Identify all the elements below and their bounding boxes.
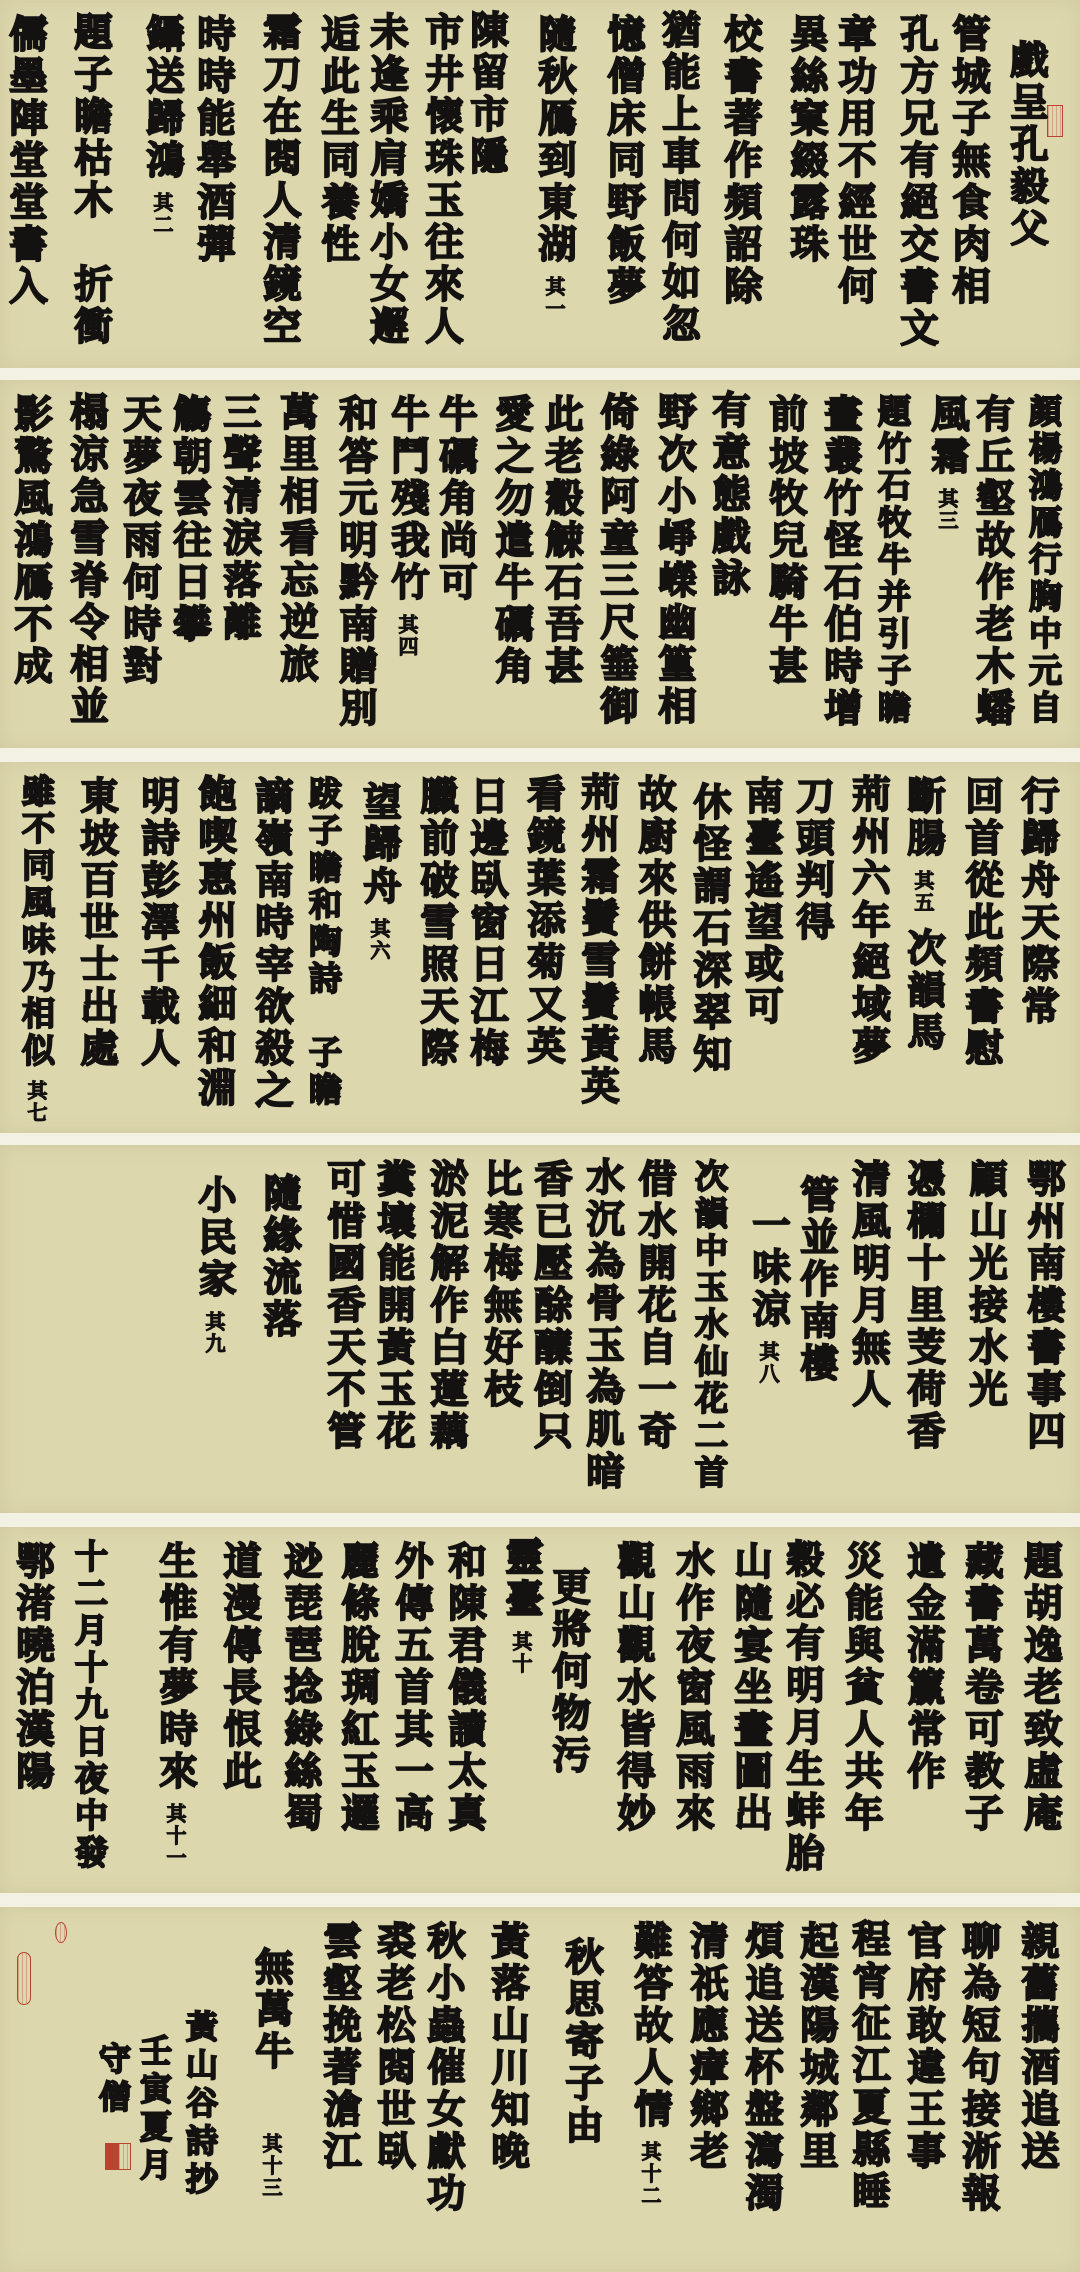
- column-text: 淤泥解作白蓮藕: [424, 1159, 468, 1453]
- column-text: 觀山觀水皆得妙: [611, 1541, 655, 1835]
- text-column: 可惜國香天不管: [318, 1159, 368, 1453]
- column-text: 牛礪角尚可: [433, 394, 477, 604]
- text-column: 風霜其三: [922, 394, 972, 532]
- column-text: 水作夜窗風雨來: [670, 1541, 714, 1835]
- column-text: 一味涼: [746, 1205, 790, 1331]
- text-column: 穀必有明月生蚌胎: [777, 1539, 827, 1875]
- column-text: 看鏡葉添菊又英: [521, 774, 565, 1068]
- column-text: 逤琵琶捻綠絲蜀: [278, 1541, 322, 1835]
- text-column: 章功用不經世何: [829, 14, 879, 308]
- text-column: 明詩彭澤千載人: [132, 776, 182, 1070]
- scroll-panel-4: 鄂州南樓書事四 顧山光接水光 憑欄十里芰荷香 清風明月無人 管並作南樓 一味涼其…: [0, 1145, 1080, 1513]
- text-column: 日邊臥窗日江梅: [461, 776, 511, 1070]
- column-text: 秋小蟲催女獻功: [421, 1921, 465, 2215]
- scroll-panel-6: 親舊攜酒追送 聊為短句接淅報 官府敢違王事 程宵征江夏縣睡 起漢陽城鄰里 煩追送…: [0, 1907, 1080, 2272]
- poem-number: 其九: [202, 1311, 226, 1355]
- column-text: 異絲窠綴露珠: [784, 14, 828, 266]
- column-text: 程宵征江夏縣睡: [846, 1919, 890, 2213]
- text-column: 道漫傳長恨此: [214, 1541, 264, 1793]
- column-text: 藏書萬卷可教子: [959, 1541, 1003, 1835]
- column-text: 憶僧床同野飯夢: [601, 14, 645, 308]
- text-column: 水作夜窗風雨來: [667, 1541, 717, 1835]
- text-column: 無萬牛其十三: [246, 1947, 296, 2199]
- text-column: 野次小崢嶸幽篁相: [649, 392, 699, 728]
- column-text: 謫嶺南時宰欲殺之: [249, 776, 293, 1112]
- column-text: 麗條脫琱紅玉邏: [335, 1541, 379, 1835]
- scroll-panel-2: 顏楊鴻鴈行胸中元自 有丘壑故作老木蟠 風霜其三 題竹石牧牛并引子瞻 畫叢竹怪石伯…: [0, 380, 1080, 748]
- poem-title: 十二月十九日夜中發: [70, 1539, 109, 1872]
- column-text: 遺金滿籯常作: [901, 1541, 945, 1793]
- column-text: 災能與貧人共年: [839, 1541, 883, 1835]
- column-text: 生惟有夢時來: [153, 1541, 197, 1793]
- column-text: 時時能舉酒彈: [191, 14, 235, 266]
- column-text: 刀頭判得: [790, 776, 834, 944]
- text-column: 觀山觀水皆得妙: [608, 1541, 658, 1835]
- text-column: 此老觳觫石吾甚: [536, 394, 586, 688]
- column-text: 外傳五首其一高: [389, 1541, 433, 1835]
- column-text: 飽喫惠州飯細和淵: [192, 774, 236, 1110]
- column-text: 借水開花自一奇: [632, 1159, 676, 1453]
- column-text: 題子瞻枯木 折衝: [68, 12, 112, 348]
- column-text: 臘前破雪照天際: [414, 776, 458, 1070]
- poem-title: 陳留市隱: [464, 10, 508, 178]
- text-column: 災能與貧人共年: [836, 1541, 886, 1835]
- poem-title: 題胡逸老致虛庵: [1018, 1541, 1062, 1835]
- text-column: 香已壓酴醾倒只: [525, 1159, 575, 1453]
- text-column: 看鏡葉添菊又英: [518, 774, 568, 1068]
- text-column: 清祇應瘴鄉老: [681, 1921, 731, 2173]
- column-text: 畫叢竹怪石伯時增: [818, 394, 862, 730]
- column-text: 鑷送歸鴻: [140, 14, 184, 182]
- text-column: 回首從此頻書慰: [956, 776, 1006, 1070]
- column-text: 故廚來供餅帳馬: [632, 774, 676, 1068]
- text-column: 借水開花自一奇: [629, 1159, 679, 1453]
- text-column: 前坡牧兒騎牛甚: [760, 394, 810, 688]
- text-column: 有意態戲詠: [703, 390, 753, 600]
- text-column: 斷腸其五次韻馬: [898, 776, 948, 1054]
- poem-title: 題竹石牧牛并引子瞻: [873, 394, 912, 727]
- text-column: 未逢乘肩嬌小女邂: [361, 12, 411, 348]
- text-column: 影驚風鴻鴈不成: [5, 394, 55, 688]
- column-text: 休怪謂石深翠知: [687, 782, 731, 1076]
- text-column: 隨緣流落: [254, 1173, 304, 1341]
- text-column: 時時能舉酒彈: [188, 14, 238, 266]
- text-column: 隨秋鴈到東湖其一: [529, 14, 579, 320]
- column-text: 管並作南樓: [794, 1175, 838, 1385]
- text-column: 聊為短句接淅報: [953, 1921, 1003, 2215]
- column-text: 有丘壑故作老木蟠: [970, 394, 1014, 730]
- text-column: 陳留市隱: [461, 10, 511, 178]
- text-column: 畫叢竹怪石伯時增: [815, 394, 865, 730]
- column-text: 野次小崢嶸幽篁相: [652, 392, 696, 728]
- column-text: 校書著作頻詔除: [718, 14, 762, 308]
- colophon-title: 黃山谷詩抄: [178, 2010, 222, 2200]
- column-text: 觴朝雲往日攀: [167, 394, 211, 646]
- column-text: 影驚風鴻鴈不成: [8, 394, 52, 688]
- text-column: 行歸舟天際常: [1012, 776, 1062, 1028]
- text-column: 顧山光接水光: [960, 1159, 1010, 1411]
- colophon-title-text: 黃山谷詩抄: [181, 2010, 219, 2200]
- column-text: 小民家: [192, 1175, 236, 1301]
- poem-title: 戲呈孔毅父: [1004, 40, 1048, 250]
- poem-number: 其八: [756, 1341, 780, 1385]
- artist-signature-text: 守僧: [94, 2042, 132, 2118]
- column-text: 孔方兄有絕交書文: [894, 14, 938, 350]
- poem-number: 其十一: [163, 1803, 187, 1869]
- column-text: 愛之勿遣牛礪角: [489, 394, 533, 688]
- text-column: 淤泥解作白蓮藕: [421, 1159, 471, 1453]
- column-text: 道漫傳長恨此: [217, 1541, 261, 1793]
- text-column: 十二月十九日夜中發: [64, 1539, 114, 1872]
- seal-stamp: [55, 1922, 67, 1943]
- column-text: 雖不同風味乃相似: [17, 774, 56, 1070]
- text-column: 萬里相看忘逆旅: [271, 392, 321, 686]
- text-column: 有丘壑故作老木蟠: [967, 394, 1017, 730]
- text-column: 次韻中玉水仙花二首: [684, 1159, 734, 1492]
- poem-title: 鄂渚曉泊漢陽: [10, 1541, 54, 1793]
- column-text: 風霜: [925, 394, 969, 478]
- poem-title: 跋子瞻和陶詩 子瞻: [304, 776, 343, 1109]
- text-column: 一味涼其八: [743, 1205, 793, 1385]
- text-column: 故廚來供餅帳馬: [629, 774, 679, 1068]
- column-text: 香已壓酴醾倒只: [528, 1159, 572, 1453]
- text-column: 顏楊鴻鴈行胸中元自: [1018, 394, 1068, 727]
- column-text: 日邊臥窗日江梅: [464, 776, 508, 1070]
- text-column: 刀頭判得: [787, 776, 837, 944]
- poem-title: 次韻中玉水仙花二首: [690, 1159, 729, 1492]
- text-column: 猶能上車問何如忽: [653, 10, 703, 346]
- column-text: 起漢陽城鄰里: [794, 1921, 838, 2173]
- colophon-date: 壬寅夏月: [132, 2034, 176, 2186]
- text-column: 憶僧床同野飯夢: [598, 14, 648, 308]
- text-column: 裘老松閱世臥: [368, 1921, 418, 2173]
- column-text: 榻涼急雪脊令相並: [64, 392, 108, 728]
- text-column: 起漢陽城鄰里: [791, 1921, 841, 2173]
- column-text: 煩追送杯盤瀉濁: [739, 1921, 783, 2215]
- text-column: 管並作南樓: [791, 1175, 841, 1385]
- column-text: 明詩彭澤千載人: [135, 776, 179, 1070]
- text-column: 荊州六年絕域夢: [843, 774, 893, 1068]
- column-text: 霜刀在閱人清鏡空: [257, 12, 301, 348]
- text-column: 題胡逸老致虛庵: [1015, 1541, 1065, 1835]
- column-text: 東坡百世士出處: [74, 776, 118, 1070]
- poem-title: 和陳君儀讀太真: [442, 1541, 486, 1835]
- text-column: 雲壑挽著滄江: [314, 1921, 364, 2173]
- text-column: 山隨宴坐畫圖出: [725, 1541, 775, 1835]
- text-column: 小民家其九: [189, 1175, 239, 1355]
- seal-stamp: [105, 2143, 118, 2170]
- text-column: 親舊攜酒追送: [1012, 1921, 1062, 2173]
- column-text: 章功用不經世何: [832, 14, 876, 308]
- column-text: 清祇應瘴鄉老: [684, 1921, 728, 2173]
- text-column: 比寒梅無好枝: [475, 1159, 525, 1411]
- column-text: 猶能上車問何如忽: [656, 10, 700, 346]
- text-column: 儒墨陣堂堂書入: [0, 14, 50, 308]
- column-text: 黃落山川知晚: [485, 1921, 529, 2173]
- column-text: 三聲清淚落離: [217, 392, 261, 644]
- column-text: 未逢乘肩嬌小女邂: [364, 12, 408, 348]
- text-column: 黃落山川知晚: [482, 1921, 532, 2173]
- column-text: 斷腸: [901, 776, 945, 860]
- column-text: 隨秋鴈到東湖: [532, 14, 576, 266]
- poem-title: 次韻馬: [901, 928, 945, 1054]
- column-text: 穀必有明月生蚌胎: [780, 1539, 824, 1875]
- column-text: 水沉為骨玉為肌暗: [580, 1157, 624, 1493]
- text-column: 憑欄十里芰荷香: [898, 1159, 948, 1453]
- column-text: 管城子無食肉相: [946, 14, 990, 308]
- text-column: 天夢夜雨何時對: [114, 394, 164, 688]
- poem-title: 和答元明黔南贈別: [333, 394, 377, 730]
- column-text: 難答故人情: [628, 1921, 672, 2131]
- text-column: 秋小蟲催女獻功: [418, 1921, 468, 2215]
- poem-title: 親舊攜酒追送: [1015, 1921, 1059, 2173]
- colophon-date-text: 壬寅夏月: [135, 2034, 173, 2186]
- text-column: 麗條脫琱紅玉邏: [332, 1541, 382, 1835]
- poem-number: 其三: [935, 488, 959, 532]
- text-column: 孔方兄有絕交書文: [891, 14, 941, 350]
- column-text: 荊州霜鬢雪鬢黃英: [575, 772, 619, 1108]
- column-text: 比寒梅無好枝: [478, 1159, 522, 1411]
- column-text: 逅此生同養性: [315, 14, 359, 266]
- text-column: 望歸舟其六: [354, 782, 404, 962]
- text-column: 更將何物污: [543, 1567, 593, 1777]
- scroll-panel-3: 行歸舟天際常 回首從此頻書慰 斷腸其五次韻馬 荊州六年絕域夢 刀頭判得 南臺遙望…: [0, 762, 1080, 1133]
- text-column: 程宵征江夏縣睡: [843, 1919, 893, 2213]
- poem-number: 其十三: [259, 2133, 283, 2199]
- text-column: 水沉為骨玉為肌暗: [577, 1157, 627, 1493]
- text-column: 休怪謂石深翠知: [684, 782, 734, 1076]
- text-column: 藏書萬卷可教子: [956, 1541, 1006, 1835]
- text-column: 榻涼急雪脊令相並: [61, 392, 111, 728]
- text-column: 鄂渚曉泊漢陽: [7, 1541, 57, 1793]
- column-text: 顧山光接水光: [963, 1159, 1007, 1411]
- poem-number: 其四: [395, 614, 419, 658]
- text-column: 和答元明黔南贈別: [330, 394, 380, 730]
- text-column: 飽喫惠州飯細和淵: [189, 774, 239, 1110]
- text-column: 生惟有夢時來其十一: [150, 1541, 200, 1869]
- poem-number: 其五: [911, 870, 935, 914]
- column-text: 市井懷珠玉往來人: [419, 12, 463, 348]
- column-text: 聊為短句接淅報: [956, 1921, 1000, 2215]
- column-text: 荊州六年絕域夢: [846, 774, 890, 1068]
- text-column: 難答故人情其十二: [625, 1921, 675, 2207]
- text-column: 東坡百世士出處: [71, 776, 121, 1070]
- text-column: 雖不同風味乃相似其七: [11, 774, 61, 1124]
- column-text: 前坡牧兒騎牛甚: [763, 394, 807, 688]
- text-column: 清風明月無人: [843, 1159, 893, 1411]
- text-column: 觴朝雲往日攀: [164, 394, 214, 646]
- poem-number: 其十: [509, 1631, 533, 1675]
- column-text: 牛鬥殘我竹: [385, 394, 429, 604]
- column-text: 萬里相看忘逆旅: [274, 392, 318, 686]
- column-text: 有意態戲詠: [706, 390, 750, 600]
- column-text: 裘老松閱世臥: [371, 1921, 415, 2173]
- column-text: 回首從此頻書慰: [959, 776, 1003, 1070]
- column-text: 此老觳觫石吾甚: [539, 394, 583, 688]
- text-column: 校書著作頻詔除: [715, 14, 765, 308]
- scroll-panel-5: 題胡逸老致虛庵 藏書萬卷可教子 遺金滿籯常作 災能與貧人共年 穀必有明月生蚌胎 …: [0, 1527, 1080, 1893]
- text-column: 靈臺其十: [496, 1537, 546, 1675]
- column-text: 望歸舟: [357, 782, 401, 908]
- text-column: 倚綠阿童三尺箠御: [591, 392, 641, 728]
- column-text: 顏楊鴻鴈行胸中元自: [1024, 394, 1063, 727]
- text-column: 題竹石牧牛并引子瞻: [867, 394, 917, 727]
- column-text: 天夢夜雨何時對: [117, 394, 161, 688]
- text-column: 糞壤能開黃玉花: [368, 1159, 418, 1453]
- text-column: 霜刀在閱人清鏡空: [254, 12, 304, 348]
- column-text: 可惜國香天不管: [321, 1159, 365, 1453]
- column-text: 行歸舟天際常: [1015, 776, 1059, 1028]
- text-column: 戲呈孔毅父: [1001, 40, 1051, 250]
- text-column: 官府敢違王事: [898, 1921, 948, 2173]
- column-text: 糞壤能開黃玉花: [371, 1159, 415, 1453]
- text-column: 外傳五首其一高: [386, 1541, 436, 1835]
- poem-title: 秋思寄子由: [559, 1937, 603, 2147]
- text-column: 謫嶺南時宰欲殺之: [246, 776, 296, 1112]
- text-column: 三聲清淚落離: [214, 392, 264, 644]
- text-column: 鄂州南樓書事四: [1018, 1159, 1068, 1453]
- poem-number: 其六: [367, 918, 391, 962]
- poem-number: 其一: [542, 276, 566, 320]
- text-column: 異絲窠綴露珠: [781, 14, 831, 266]
- seal-stamp: [17, 1952, 31, 2005]
- text-column: 秋思寄子由: [556, 1937, 606, 2147]
- column-text: 更將何物污: [546, 1567, 590, 1777]
- text-column: 鑷送歸鴻其二: [137, 14, 187, 236]
- text-column: 遺金滿籯常作: [898, 1541, 948, 1793]
- column-text: 靈臺: [499, 1537, 543, 1621]
- column-text: 憑欄十里芰荷香: [901, 1159, 945, 1453]
- column-text: 隨緣流落: [257, 1173, 301, 1341]
- column-text: 官府敢違王事: [901, 1921, 945, 2173]
- text-column: 煩追送杯盤瀉濁: [736, 1921, 786, 2215]
- column-text: 雲壑挽著滄江: [317, 1921, 361, 2173]
- scroll-panel-1: 戲呈孔毅父 管城子無食肉相 孔方兄有絕交書文 章功用不經世何 異絲窠綴露珠 校書…: [0, 0, 1080, 368]
- column-text: 山隨宴坐畫圖出: [728, 1541, 772, 1835]
- text-column: 牛鬥殘我竹其四: [382, 394, 432, 658]
- artist-signature: 守僧: [91, 2042, 135, 2118]
- poem-number: 其二: [150, 192, 174, 236]
- text-column: 題子瞻枯木 折衝: [65, 12, 115, 348]
- poem-number: 其七: [24, 1080, 48, 1124]
- text-column: 南臺遙望或可: [736, 776, 786, 1028]
- text-column: 逤琵琶捻綠絲蜀: [275, 1541, 325, 1835]
- text-column: 牛礪角尚可: [430, 394, 480, 604]
- text-column: 和陳君儀讀太真: [439, 1541, 489, 1835]
- poem-number: 其十二: [638, 2141, 662, 2207]
- column-text: 清風明月無人: [846, 1159, 890, 1411]
- text-column: 跋子瞻和陶詩 子瞻: [298, 776, 348, 1109]
- text-column: 管城子無食肉相: [943, 14, 993, 308]
- poem-title: 鄂州南樓書事四: [1021, 1159, 1065, 1453]
- column-text: 無萬牛: [249, 1947, 293, 2073]
- text-column: 愛之勿遣牛礪角: [486, 394, 536, 688]
- text-column: 市井懷珠玉往來人: [416, 12, 466, 348]
- text-column: 荊州霜鬢雪鬢黃英: [572, 772, 622, 1108]
- text-column: 臘前破雪照天際: [411, 776, 461, 1070]
- column-text: 南臺遙望或可: [739, 776, 783, 1028]
- text-column: 逅此生同養性: [312, 14, 362, 266]
- seal-stamp: [118, 2143, 131, 2170]
- column-text: 儒墨陣堂堂書入: [3, 14, 47, 308]
- column-text: 倚綠阿童三尺箠御: [594, 392, 638, 728]
